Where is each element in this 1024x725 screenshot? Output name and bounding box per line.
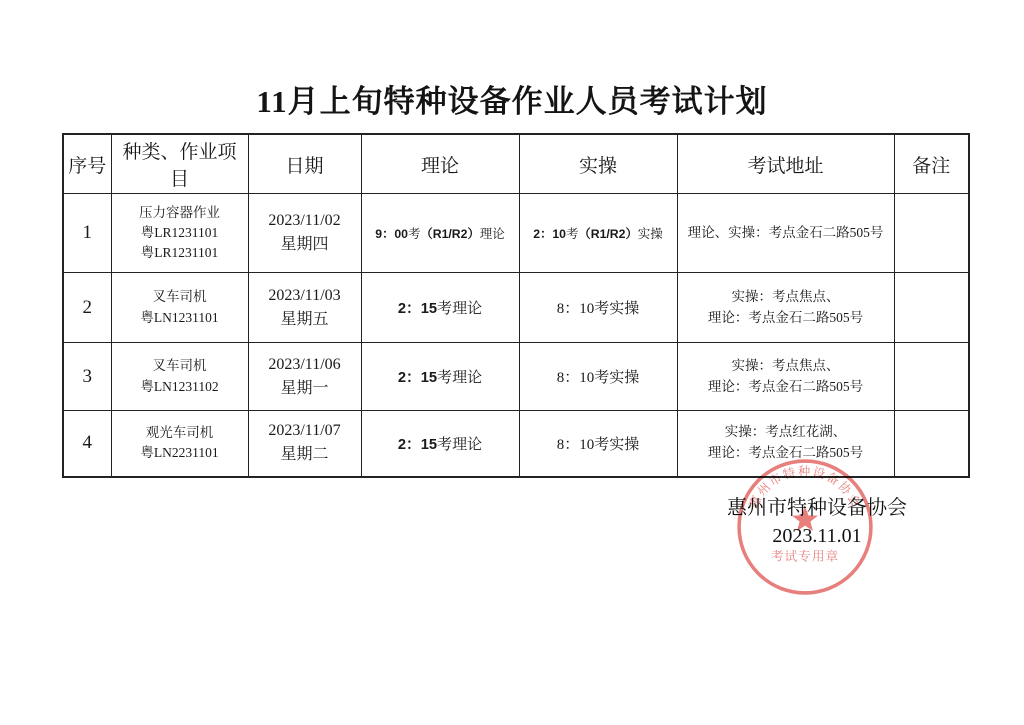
table-body: 1压力容器作业粤LR1231101粤LR12311012023/11/02星期四… bbox=[63, 194, 969, 477]
cell-note bbox=[894, 194, 969, 273]
cell-note bbox=[894, 273, 969, 343]
cell-category: 叉车司机粤LN1231101 bbox=[111, 273, 248, 343]
cell-date: 2023/11/03星期五 bbox=[248, 273, 361, 343]
column-header: 序号 bbox=[63, 134, 111, 194]
footer-organization: 惠州市特种设备协会 bbox=[717, 494, 917, 522]
cell-category: 叉车司机粤LN1231102 bbox=[111, 343, 248, 411]
cell-category: 压力容器作业粤LR1231101粤LR1231101 bbox=[111, 194, 248, 273]
exam-schedule-table: 序号种类、作业项目日期理论实操考试地址备注 1压力容器作业粤LR1231101粤… bbox=[62, 133, 970, 478]
footer-date: 2023.11.01 bbox=[717, 522, 917, 550]
cell-index: 2 bbox=[63, 273, 111, 343]
cell-exam-address: 实操：考点焦点、理论：考点金石二路505号 bbox=[677, 273, 894, 343]
cell-theory-time: 9：00考（R1/R2）理论 bbox=[361, 194, 519, 273]
cell-note bbox=[894, 411, 969, 477]
page-title: 11月上旬特种设备作业人员考试计划 bbox=[0, 76, 1024, 121]
cell-date: 2023/11/07星期二 bbox=[248, 411, 361, 477]
cell-practical-time: 8：10考实操 bbox=[519, 273, 677, 343]
cell-theory-time: 2：15考理论 bbox=[361, 343, 519, 411]
column-header: 备注 bbox=[894, 134, 969, 194]
column-header: 考试地址 bbox=[677, 134, 894, 194]
table-row: 2叉车司机粤LN12311012023/11/03星期五2：15考理论8：10考… bbox=[63, 273, 969, 343]
cell-index: 3 bbox=[63, 343, 111, 411]
cell-index: 1 bbox=[63, 194, 111, 273]
cell-date: 2023/11/02星期四 bbox=[248, 194, 361, 273]
table-row: 1压力容器作业粤LR1231101粤LR12311012023/11/02星期四… bbox=[63, 194, 969, 273]
cell-exam-address: 理论、实操：考点金石二路505号 bbox=[677, 194, 894, 273]
cell-exam-address: 实操：考点焦点、理论：考点金石二路505号 bbox=[677, 343, 894, 411]
seal-bottom-text: 考试专用章 bbox=[771, 548, 839, 563]
document-page: 11月上旬特种设备作业人员考试计划 序号种类、作业项目日期理论实操考试地址备注 … bbox=[0, 0, 1024, 725]
cell-practical-time: 8：10考实操 bbox=[519, 411, 677, 477]
cell-practical-time: 8：10考实操 bbox=[519, 343, 677, 411]
cell-theory-time: 2：15考理论 bbox=[361, 411, 519, 477]
table-row: 3叉车司机粤LN12311022023/11/06星期一2：15考理论8：10考… bbox=[63, 343, 969, 411]
column-header: 种类、作业项目 bbox=[111, 134, 248, 194]
column-header: 理论 bbox=[361, 134, 519, 194]
cell-note bbox=[894, 343, 969, 411]
cell-date: 2023/11/06星期一 bbox=[248, 343, 361, 411]
cell-theory-time: 2：15考理论 bbox=[361, 273, 519, 343]
cell-practical-time: 2：10考（R1/R2）实操 bbox=[519, 194, 677, 273]
signature-block: 惠州市特种设备协会 2023.11.01 bbox=[717, 494, 917, 550]
column-header: 实操 bbox=[519, 134, 677, 194]
cell-category: 观光车司机粤LN2231101 bbox=[111, 411, 248, 477]
column-header: 日期 bbox=[248, 134, 361, 194]
header-row: 序号种类、作业项目日期理论实操考试地址备注 bbox=[63, 134, 969, 194]
cell-index: 4 bbox=[63, 411, 111, 477]
